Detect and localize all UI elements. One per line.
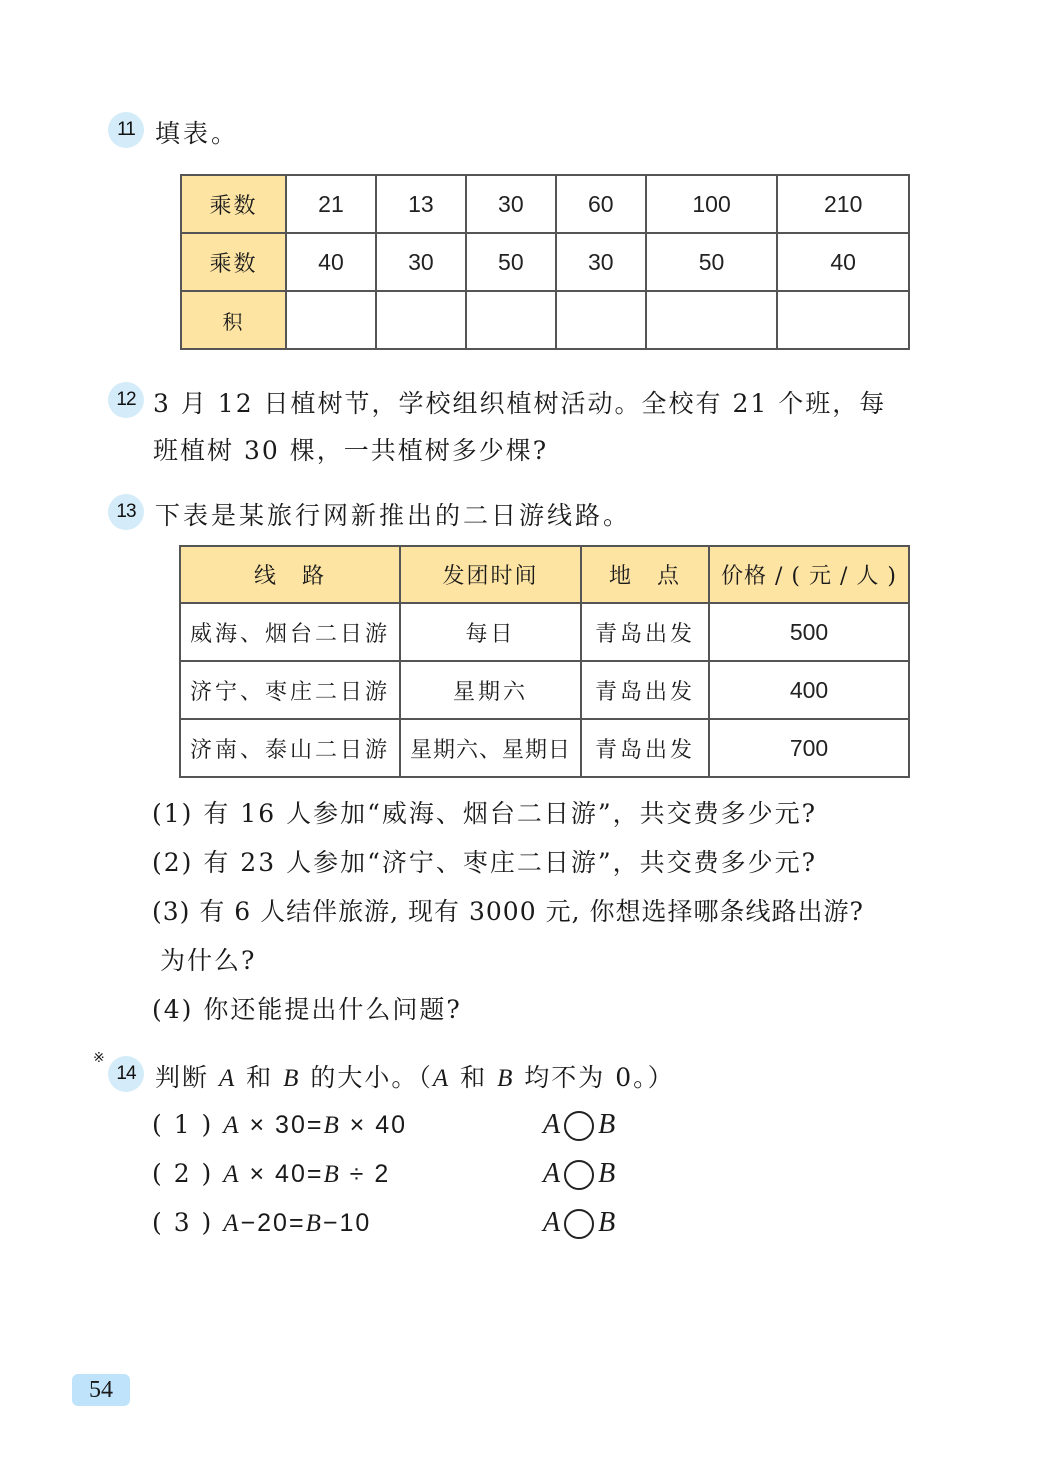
- route-cell: 济宁、枣庄二日游: [180, 661, 400, 719]
- optional-mark: ※: [93, 1050, 105, 1066]
- page-number: 54: [72, 1374, 130, 1406]
- column-header: 线 路: [180, 546, 400, 603]
- question-number-badge: 12: [108, 382, 144, 418]
- item-label: ( 1 ): [152, 1110, 223, 1139]
- var-b: B: [323, 1161, 340, 1188]
- sub-question-3: (3) 有 6 人结伴旅游, 现有 3000 元, 你想选择哪条线路出游?: [152, 892, 864, 928]
- column-header: 发团时间: [400, 546, 581, 603]
- var-b: B: [323, 1112, 340, 1139]
- var-b: B: [598, 1207, 615, 1238]
- route-cell: 济南、泰山二日游: [180, 719, 400, 777]
- var-b: B: [497, 1065, 514, 1092]
- question-text: 下表是某旅行网新推出的二日游线路。: [155, 496, 631, 532]
- text: 判断: [155, 1063, 219, 1092]
- price-cell: 400: [709, 661, 909, 719]
- var-a: A: [543, 1207, 560, 1238]
- var-a: A: [223, 1161, 240, 1188]
- answer-cell[interactable]: [777, 291, 909, 349]
- compare-answer-3: AB: [543, 1205, 615, 1239]
- sub-question-3-cont: 为什么?: [160, 941, 256, 977]
- answer-cell[interactable]: [376, 291, 466, 349]
- var-a: A: [543, 1109, 560, 1140]
- answer-circle[interactable]: [564, 1209, 594, 1239]
- row-header: 乘数: [181, 233, 286, 291]
- table-cell: 50: [466, 233, 556, 291]
- sub-question-2: (2) 有 23 人参加“济宁、枣庄二日游”，共交费多少元?: [152, 843, 817, 879]
- item-label: ( 2 ): [152, 1159, 223, 1188]
- compare-answer-2: AB: [543, 1156, 615, 1190]
- expr: × 40: [341, 1111, 407, 1139]
- expr: −10: [323, 1209, 371, 1237]
- price-cell: 700: [709, 719, 909, 777]
- table-cell: 21: [286, 175, 376, 233]
- answer-circle[interactable]: [564, 1111, 594, 1141]
- table-cell: 40: [286, 233, 376, 291]
- location-cell: 青岛出发: [581, 661, 709, 719]
- question-text-line2: 班植树 30 棵，一共植树多少棵?: [153, 431, 548, 467]
- route-cell: 威海、烟台二日游: [180, 603, 400, 661]
- row-header: 乘数: [181, 175, 286, 233]
- var-b: B: [306, 1210, 323, 1237]
- sub-question-4: (4) 你还能提出什么问题?: [152, 990, 462, 1026]
- question-number-badge: 14: [108, 1056, 144, 1092]
- var-a: A: [223, 1210, 240, 1237]
- table-cell: 30: [556, 233, 646, 291]
- var-a: A: [543, 1158, 560, 1189]
- table-cell: 210: [777, 175, 909, 233]
- table-cell: 13: [376, 175, 466, 233]
- table-cell: 50: [646, 233, 778, 291]
- schedule-cell: 星期六: [400, 661, 581, 719]
- answer-circle[interactable]: [564, 1160, 594, 1190]
- answer-cell[interactable]: [286, 291, 376, 349]
- table-cell: 60: [556, 175, 646, 233]
- expr: × 30=: [241, 1111, 324, 1139]
- multiplication-table: 乘数 21 13 30 60 100 210 乘数 40 30 50 30 50…: [180, 174, 910, 350]
- column-header: 地 点: [581, 546, 709, 603]
- expr: −20=: [241, 1209, 306, 1237]
- item-label: ( 3 ): [152, 1208, 223, 1237]
- price-cell: 500: [709, 603, 909, 661]
- table-cell: 30: [376, 233, 466, 291]
- expr: ÷ 2: [341, 1160, 391, 1188]
- text: 的大小。（: [300, 1063, 432, 1092]
- compare-answer-1: AB: [543, 1107, 615, 1141]
- table-cell: 30: [466, 175, 556, 233]
- schedule-cell: 每日: [400, 603, 581, 661]
- compare-item-2: ( 2 ) A × 40=B ÷ 2: [152, 1159, 390, 1189]
- answer-cell[interactable]: [466, 291, 556, 349]
- var-b: B: [598, 1158, 615, 1189]
- var-a: A: [223, 1112, 240, 1139]
- var-a: A: [219, 1065, 236, 1092]
- var-b: B: [283, 1065, 300, 1092]
- question-number-badge: 11: [108, 112, 144, 148]
- text: 和: [450, 1063, 497, 1092]
- question-text: 填表。: [155, 114, 239, 150]
- row-header: 积: [181, 291, 286, 349]
- question-text: 判断 A 和 B 的大小。（A 和 B 均不为 0。）: [155, 1058, 675, 1094]
- text: 和: [236, 1063, 283, 1092]
- schedule-cell: 星期六、星期日: [400, 719, 581, 777]
- travel-routes-table: 线 路 发团时间 地 点 价格 / ( 元 / 人 ) 威海、烟台二日游 每日 …: [179, 545, 910, 778]
- location-cell: 青岛出发: [581, 719, 709, 777]
- table-cell: 40: [777, 233, 909, 291]
- table-cell: 100: [646, 175, 778, 233]
- answer-cell[interactable]: [646, 291, 778, 349]
- answer-cell[interactable]: [556, 291, 646, 349]
- column-header: 价格 / ( 元 / 人 ): [709, 546, 909, 603]
- var-a: A: [433, 1065, 450, 1092]
- text: 均不为 0。）: [514, 1063, 674, 1092]
- location-cell: 青岛出发: [581, 603, 709, 661]
- question-number-badge: 13: [108, 494, 144, 530]
- compare-item-3: ( 3 ) A−20=B−10: [152, 1208, 371, 1238]
- question-text-line1: 3 月 12 日植树节，学校组织植树活动。全校有 21 个班，每: [153, 384, 886, 420]
- compare-item-1: ( 1 ) A × 30=B × 40: [152, 1110, 407, 1140]
- var-b: B: [598, 1109, 615, 1140]
- expr: × 40=: [241, 1160, 324, 1188]
- sub-question-1: (1) 有 16 人参加“威海、烟台二日游”，共交费多少元?: [152, 794, 817, 830]
